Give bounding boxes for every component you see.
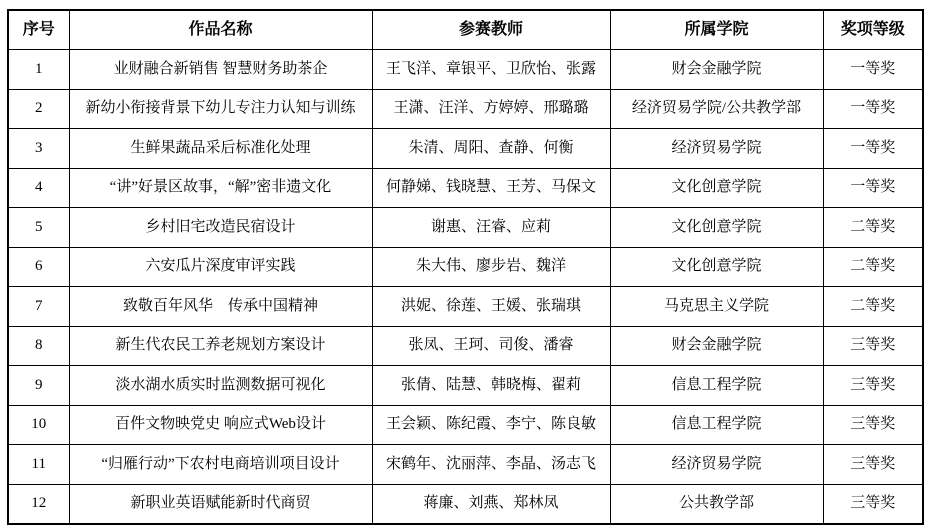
table-row: 8 新生代农民工养老规划方案设计 张凤、王珂、司俊、潘睿 财会金融学院 三等奖 <box>8 326 923 366</box>
header-cell-teachers: 参赛教师 <box>372 10 610 50</box>
cell-title: 淡水湖水质实时监测数据可视化 <box>69 366 372 406</box>
cell-title: 新职业英语赋能新时代商贸 <box>69 484 372 524</box>
cell-title: “讲”好景区故事，“解”密非遗文化 <box>69 168 372 208</box>
cell-no: 11 <box>8 445 69 485</box>
cell-title: “归雁行动”下农村电商培训项目设计 <box>69 445 372 485</box>
header-cell-award-level: 奖项等级 <box>823 10 923 50</box>
table-row: 5 乡村旧宅改造民宿设计 谢惠、汪睿、应莉 文化创意学院 二等奖 <box>8 208 923 248</box>
cell-teachers: 宋鹤年、沈丽萍、李晶、汤志飞 <box>372 445 610 485</box>
cell-college: 财会金融学院 <box>610 326 823 366</box>
cell-college: 财会金融学院 <box>610 50 823 90</box>
cell-college: 文化创意学院 <box>610 247 823 287</box>
cell-title: 新幼小衔接背景下幼儿专注力认知与训练 <box>69 89 372 129</box>
cell-no: 1 <box>8 50 69 90</box>
table-row: 10 百件文物映党史 响应式Web设计 王会颖、陈纪霞、李宁、陈良敏 信息工程学… <box>8 405 923 445</box>
cell-college: 信息工程学院 <box>610 366 823 406</box>
cell-no: 6 <box>8 247 69 287</box>
table-row: 6 六安瓜片深度审评实践 朱大伟、廖步岩、魏洋 文化创意学院 二等奖 <box>8 247 923 287</box>
cell-college: 经济贸易学院 <box>610 445 823 485</box>
cell-teachers: 谢惠、汪睿、应莉 <box>372 208 610 248</box>
cell-teachers: 朱大伟、廖步岩、魏洋 <box>372 247 610 287</box>
table-row: 7 致敬百年风华 传承中国精神 洪妮、徐莲、王媛、张瑞琪 马克思主义学院 二等奖 <box>8 287 923 327</box>
table-row: 3 生鲜果蔬品采后标准化处理 朱清、周阳、查静、何衡 经济贸易学院 一等奖 <box>8 129 923 169</box>
table-row: 2 新幼小衔接背景下幼儿专注力认知与训练 王潇、汪洋、方婷婷、邢璐璐 经济贸易学… <box>8 89 923 129</box>
cell-no: 3 <box>8 129 69 169</box>
cell-title: 六安瓜片深度审评实践 <box>69 247 372 287</box>
cell-no: 10 <box>8 405 69 445</box>
cell-award: 三等奖 <box>823 484 923 524</box>
cell-no: 7 <box>8 287 69 327</box>
awards-table-container: 序号 作品名称 参赛教师 所属学院 奖项等级 1 业财融合新销售 智慧财务助茶企… <box>7 9 924 525</box>
cell-college: 经济贸易学院 <box>610 129 823 169</box>
cell-college: 信息工程学院 <box>610 405 823 445</box>
cell-award: 二等奖 <box>823 208 923 248</box>
cell-award: 一等奖 <box>823 129 923 169</box>
header-row: 序号 作品名称 参赛教师 所属学院 奖项等级 <box>8 10 923 50</box>
cell-no: 12 <box>8 484 69 524</box>
cell-title: 乡村旧宅改造民宿设计 <box>69 208 372 248</box>
cell-college: 文化创意学院 <box>610 208 823 248</box>
cell-no: 4 <box>8 168 69 208</box>
cell-teachers: 王会颖、陈纪霞、李宁、陈良敏 <box>372 405 610 445</box>
cell-award: 三等奖 <box>823 326 923 366</box>
cell-teachers: 蒋廉、刘燕、郑林凤 <box>372 484 610 524</box>
cell-college: 马克思主义学院 <box>610 287 823 327</box>
cell-award: 一等奖 <box>823 168 923 208</box>
table-row: 9 淡水湖水质实时监测数据可视化 张倩、陆慧、韩晓梅、翟莉 信息工程学院 三等奖 <box>8 366 923 406</box>
cell-title: 新生代农民工养老规划方案设计 <box>69 326 372 366</box>
cell-teachers: 王飞洋、章银平、卫欣怡、张露 <box>372 50 610 90</box>
cell-award: 二等奖 <box>823 287 923 327</box>
cell-no: 9 <box>8 366 69 406</box>
cell-teachers: 张凤、王珂、司俊、潘睿 <box>372 326 610 366</box>
table-row: 1 业财融合新销售 智慧财务助茶企 王飞洋、章银平、卫欣怡、张露 财会金融学院 … <box>8 50 923 90</box>
cell-no: 5 <box>8 208 69 248</box>
cell-teachers: 张倩、陆慧、韩晓梅、翟莉 <box>372 366 610 406</box>
cell-award: 三等奖 <box>823 445 923 485</box>
cell-award: 一等奖 <box>823 89 923 129</box>
cell-teachers: 洪妮、徐莲、王媛、张瑞琪 <box>372 287 610 327</box>
cell-award: 一等奖 <box>823 50 923 90</box>
cell-title: 百件文物映党史 响应式Web设计 <box>69 405 372 445</box>
cell-college: 经济贸易学院/公共教学部 <box>610 89 823 129</box>
cell-teachers: 王潇、汪洋、方婷婷、邢璐璐 <box>372 89 610 129</box>
table-row: 4 “讲”好景区故事，“解”密非遗文化 何静娣、钱晓慧、王芳、马保文 文化创意学… <box>8 168 923 208</box>
cell-no: 2 <box>8 89 69 129</box>
cell-title: 业财融合新销售 智慧财务助茶企 <box>69 50 372 90</box>
cell-no: 8 <box>8 326 69 366</box>
header-cell-no: 序号 <box>8 10 69 50</box>
cell-award: 三等奖 <box>823 366 923 406</box>
cell-teachers: 朱清、周阳、查静、何衡 <box>372 129 610 169</box>
cell-award: 二等奖 <box>823 247 923 287</box>
table-row: 12 新职业英语赋能新时代商贸 蒋廉、刘燕、郑林凤 公共教学部 三等奖 <box>8 484 923 524</box>
cell-teachers: 何静娣、钱晓慧、王芳、马保文 <box>372 168 610 208</box>
awards-table: 序号 作品名称 参赛教师 所属学院 奖项等级 1 业财融合新销售 智慧财务助茶企… <box>7 9 924 525</box>
cell-college: 文化创意学院 <box>610 168 823 208</box>
table-row: 11 “归雁行动”下农村电商培训项目设计 宋鹤年、沈丽萍、李晶、汤志飞 经济贸易… <box>8 445 923 485</box>
cell-award: 三等奖 <box>823 405 923 445</box>
cell-title: 致敬百年风华 传承中国精神 <box>69 287 372 327</box>
cell-college: 公共教学部 <box>610 484 823 524</box>
header-cell-work-name: 作品名称 <box>69 10 372 50</box>
cell-title: 生鲜果蔬品采后标准化处理 <box>69 129 372 169</box>
header-cell-college: 所属学院 <box>610 10 823 50</box>
